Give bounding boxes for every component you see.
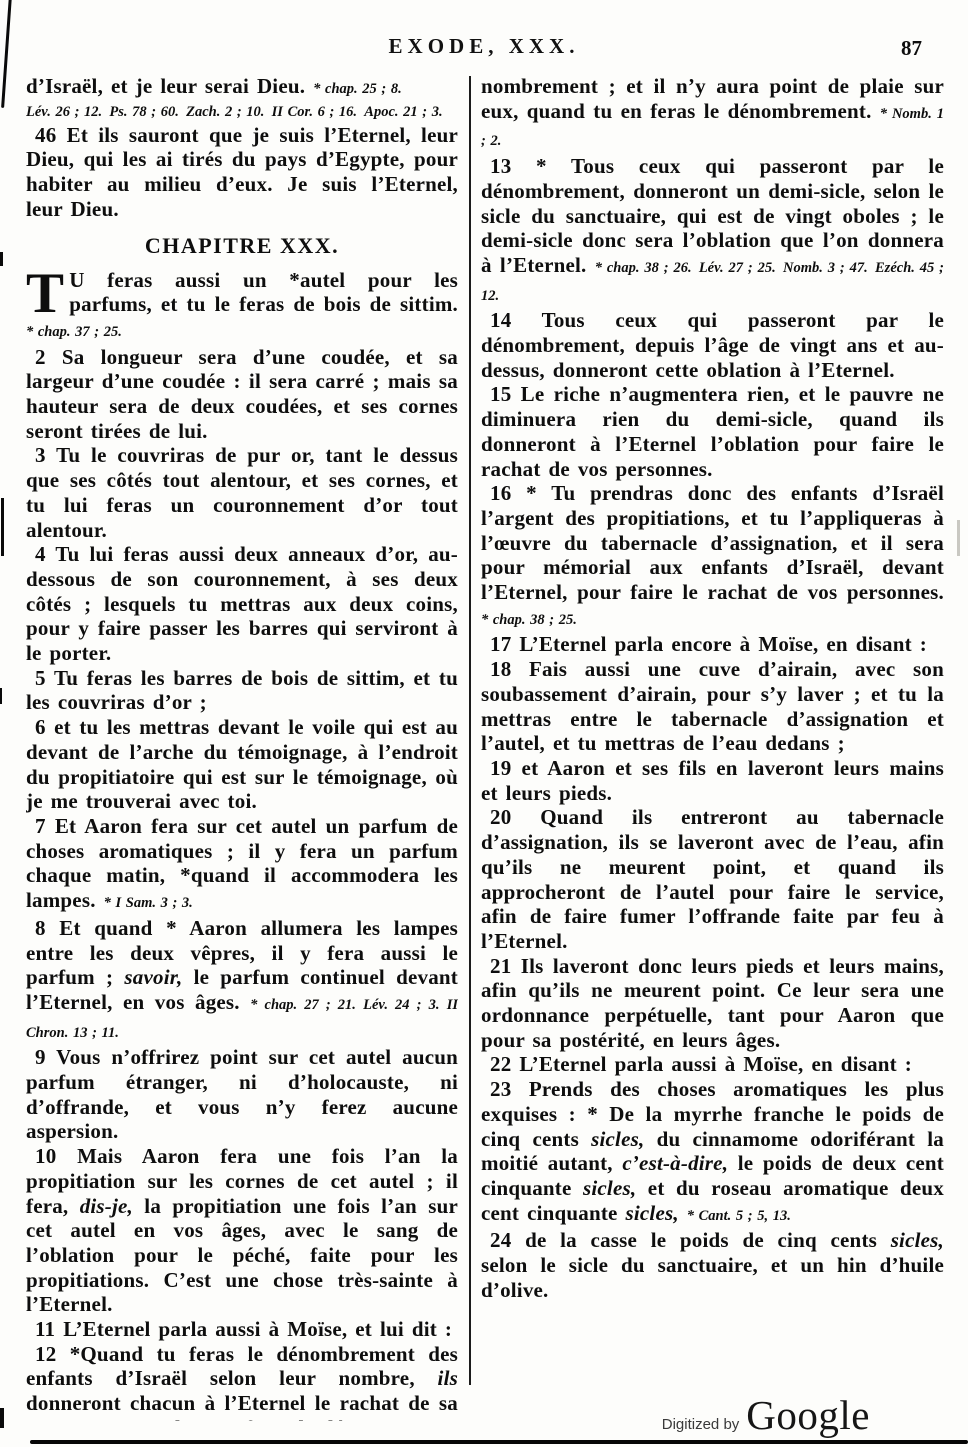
verse-paragraph: 20 Quand ils entreront au tabernacle d’a…	[481, 805, 944, 953]
verse-paragraph: 7 Et Aaron fera sur cet autel un parfum …	[26, 814, 458, 916]
left-column: d’Israël, et je leur serai Dieu. * chap.…	[26, 74, 458, 1421]
text-segment: 14 Tous ceux qui passeront par le dénomb…	[481, 308, 944, 381]
text-segment: d’Israël, et je leur serai Dieu.	[26, 74, 313, 98]
reference-line: Lév. 26 ; 12. Ps. 78 ; 60. Zach. 2 ; 10.…	[26, 102, 458, 123]
text-columns: d’Israël, et je leur serai Dieu. * chap.…	[26, 74, 944, 1421]
google-logo: Google	[746, 1391, 870, 1439]
text-segment: savoir,	[124, 965, 182, 989]
verse-paragraph: 4 Tu lui feras aussi deux anneaux d’or, …	[26, 542, 458, 666]
verse-paragraph: 12 *Quand tu feras le dénombrement des e…	[26, 1342, 458, 1421]
text-segment: 12 *Quand tu feras le dénombrement des e…	[26, 1342, 458, 1391]
text-segment: 46 Et ils sauront que je suis l’Eternel,…	[26, 123, 458, 221]
text-segment: 6 et tu les mettras devant le voile qui …	[26, 715, 458, 813]
verse-paragraph: 22 L’Eternel parla aussi à Moïse, en dis…	[481, 1052, 944, 1077]
verse-paragraph: 13 * Tous ceux qui passeront par le déno…	[481, 154, 944, 308]
verse-paragraph: 15 Le riche n’augmentera rien, et le pau…	[481, 382, 944, 481]
right-column: nombrement ; et il n’y aura point de pla…	[481, 74, 944, 1421]
text-segment: 22 L’Eternel parla aussi à Moïse, en dis…	[490, 1052, 912, 1076]
page-number: 87	[901, 36, 922, 61]
text-segment: 24 de la casse le poids de cinq cents	[490, 1228, 891, 1252]
text-segment: 2 Sa longueur sera d’une coudée, et sa l…	[26, 345, 458, 443]
cross-reference: * chap. 25 ; 8.	[313, 81, 402, 97]
text-segment: ils	[438, 1366, 458, 1390]
text-segment: Lév. 26 ; 12. Ps. 78 ; 60. Zach. 2 ; 10.…	[26, 104, 443, 120]
scan-artifact	[957, 520, 960, 556]
text-segment: c’est-à-dire,	[622, 1151, 728, 1175]
text-segment: 11 L’Eternel parla aussi à Moïse, et lui…	[35, 1317, 452, 1341]
cross-reference: * chap. 38 ; 25.	[481, 612, 577, 628]
page-header: EXODE, XXX. 87	[0, 34, 968, 64]
text-segment: 5 Tu feras les barres de bois de sittim,…	[26, 666, 458, 715]
digitization-credit: Digitized by Google	[662, 1391, 870, 1439]
scan-artifact	[0, 252, 3, 266]
text-segment: donneront chacun à l’Eternel le rachat d…	[26, 1391, 458, 1421]
verse-paragraph: 2 Sa longueur sera d’une coudée, et sa l…	[26, 345, 458, 444]
text-segment: 21 Ils laveront donc leurs pieds et leur…	[481, 954, 944, 1052]
text-segment: 20 Quand ils entreront au tabernacle d’a…	[481, 805, 944, 953]
verse-paragraph: 46 Et ils sauront que je suis l’Eternel,…	[26, 123, 458, 222]
text-segment: 3 Tu le couvriras de pur or, tant le des…	[26, 443, 458, 541]
verse-paragraph: 19 et Aaron et ses fils en laveront leur…	[481, 756, 944, 805]
verse-paragraph: 17 L’Eternel parla encore à Moïse, en di…	[481, 632, 944, 657]
scan-artifact	[0, 688, 2, 704]
column-divider-rule	[469, 76, 471, 1385]
text-segment: 18 Fais aussi une cuve d’airain, avec so…	[481, 657, 944, 755]
text-segment: 7 Et Aaron fera sur cet autel un parfum …	[26, 814, 458, 912]
verse-paragraph: 24 de la casse le poids de cinq cents si…	[481, 1228, 944, 1302]
verse-paragraph: 23 Prends des choses aromatiques les plu…	[481, 1077, 944, 1228]
scan-artifact	[1, 498, 4, 556]
text-segment: U feras aussi un *autel pour les parfums…	[69, 268, 458, 317]
text-segment: 9 Vous n’offrirez point sur cet autel au…	[26, 1045, 458, 1143]
text-segment: sicles,	[583, 1176, 636, 1200]
verse-paragraph: 6 et tu les mettras devant le voile qui …	[26, 715, 458, 814]
text-segment: 13 * Tous ceux qui passeront par le déno…	[481, 154, 944, 277]
verse-paragraph: 21 Ils laveront donc leurs pieds et leur…	[481, 954, 944, 1053]
text-segment: 4 Tu lui feras aussi deux anneaux d’or, …	[26, 542, 458, 665]
verse-paragraph: TU feras aussi un *autel pour les parfum…	[26, 268, 458, 345]
verse-paragraph: 3 Tu le couvriras de pur or, tant le des…	[26, 443, 458, 542]
cross-reference: * Cant. 5 ; 5, 13.	[687, 1208, 791, 1224]
verse-paragraph: 10 Mais Aaron fera une fois l’an la prop…	[26, 1144, 458, 1317]
chapter-heading: CHAPITRE XXX.	[26, 233, 458, 259]
verse-paragraph: 16 * Tu prendras donc des enfants d’Isra…	[481, 481, 944, 632]
text-segment	[679, 1201, 687, 1225]
text-segment: 16 * Tu prendras donc des enfants d’Isra…	[481, 481, 944, 604]
text-segment: CHAPITRE XXX.	[145, 233, 339, 258]
text-segment: nombrement ; et il n’y aura point de pla…	[481, 74, 944, 123]
verse-paragraph: 14 Tous ceux qui passeront par le dénomb…	[481, 308, 944, 382]
digitized-by-label: Digitized by	[662, 1416, 740, 1433]
verse-paragraph: d’Israël, et je leur serai Dieu. * chap.…	[26, 74, 458, 102]
scanned-book-page: EXODE, XXX. 87 d’Israël, et je leur sera…	[0, 0, 968, 1447]
text-segment: 19 et Aaron et ses fils en laveront leur…	[481, 756, 944, 805]
running-title: EXODE, XXX.	[0, 34, 968, 59]
text-segment: 15 Le riche n’augmentera rien, et le pau…	[481, 382, 944, 480]
text-segment: sicles,	[626, 1201, 679, 1225]
page-bottom-edge-artifact	[30, 1440, 968, 1444]
text-segment: sicles,	[591, 1127, 644, 1151]
text-segment: 17 L’Eternel parla encore à Moïse, en di…	[490, 632, 927, 656]
verse-paragraph: 9 Vous n’offrirez point sur cet autel au…	[26, 1045, 458, 1144]
text-segment: sicles,	[891, 1228, 944, 1252]
verse-paragraph: 18 Fais aussi une cuve d’airain, avec so…	[481, 657, 944, 756]
verse-paragraph: nombrement ; et il n’y aura point de pla…	[481, 74, 944, 154]
drop-cap-initial: T	[26, 268, 69, 316]
cross-reference: * I Sam. 3 ; 3.	[104, 895, 193, 911]
verse-paragraph: 8 Et quand * Aaron allumera les lampes e…	[26, 916, 458, 1046]
verse-paragraph: 11 L’Eternel parla aussi à Moïse, et lui…	[26, 1317, 458, 1342]
verse-paragraph: 5 Tu feras les barres de bois de sittim,…	[26, 666, 458, 715]
text-segment: dis-je,	[80, 1194, 133, 1218]
scan-artifact	[0, 1408, 4, 1428]
cross-reference: * chap. 37 ; 25.	[26, 324, 122, 340]
text-segment: selon le sicle du sanctuaire, et un hin …	[481, 1253, 944, 1302]
